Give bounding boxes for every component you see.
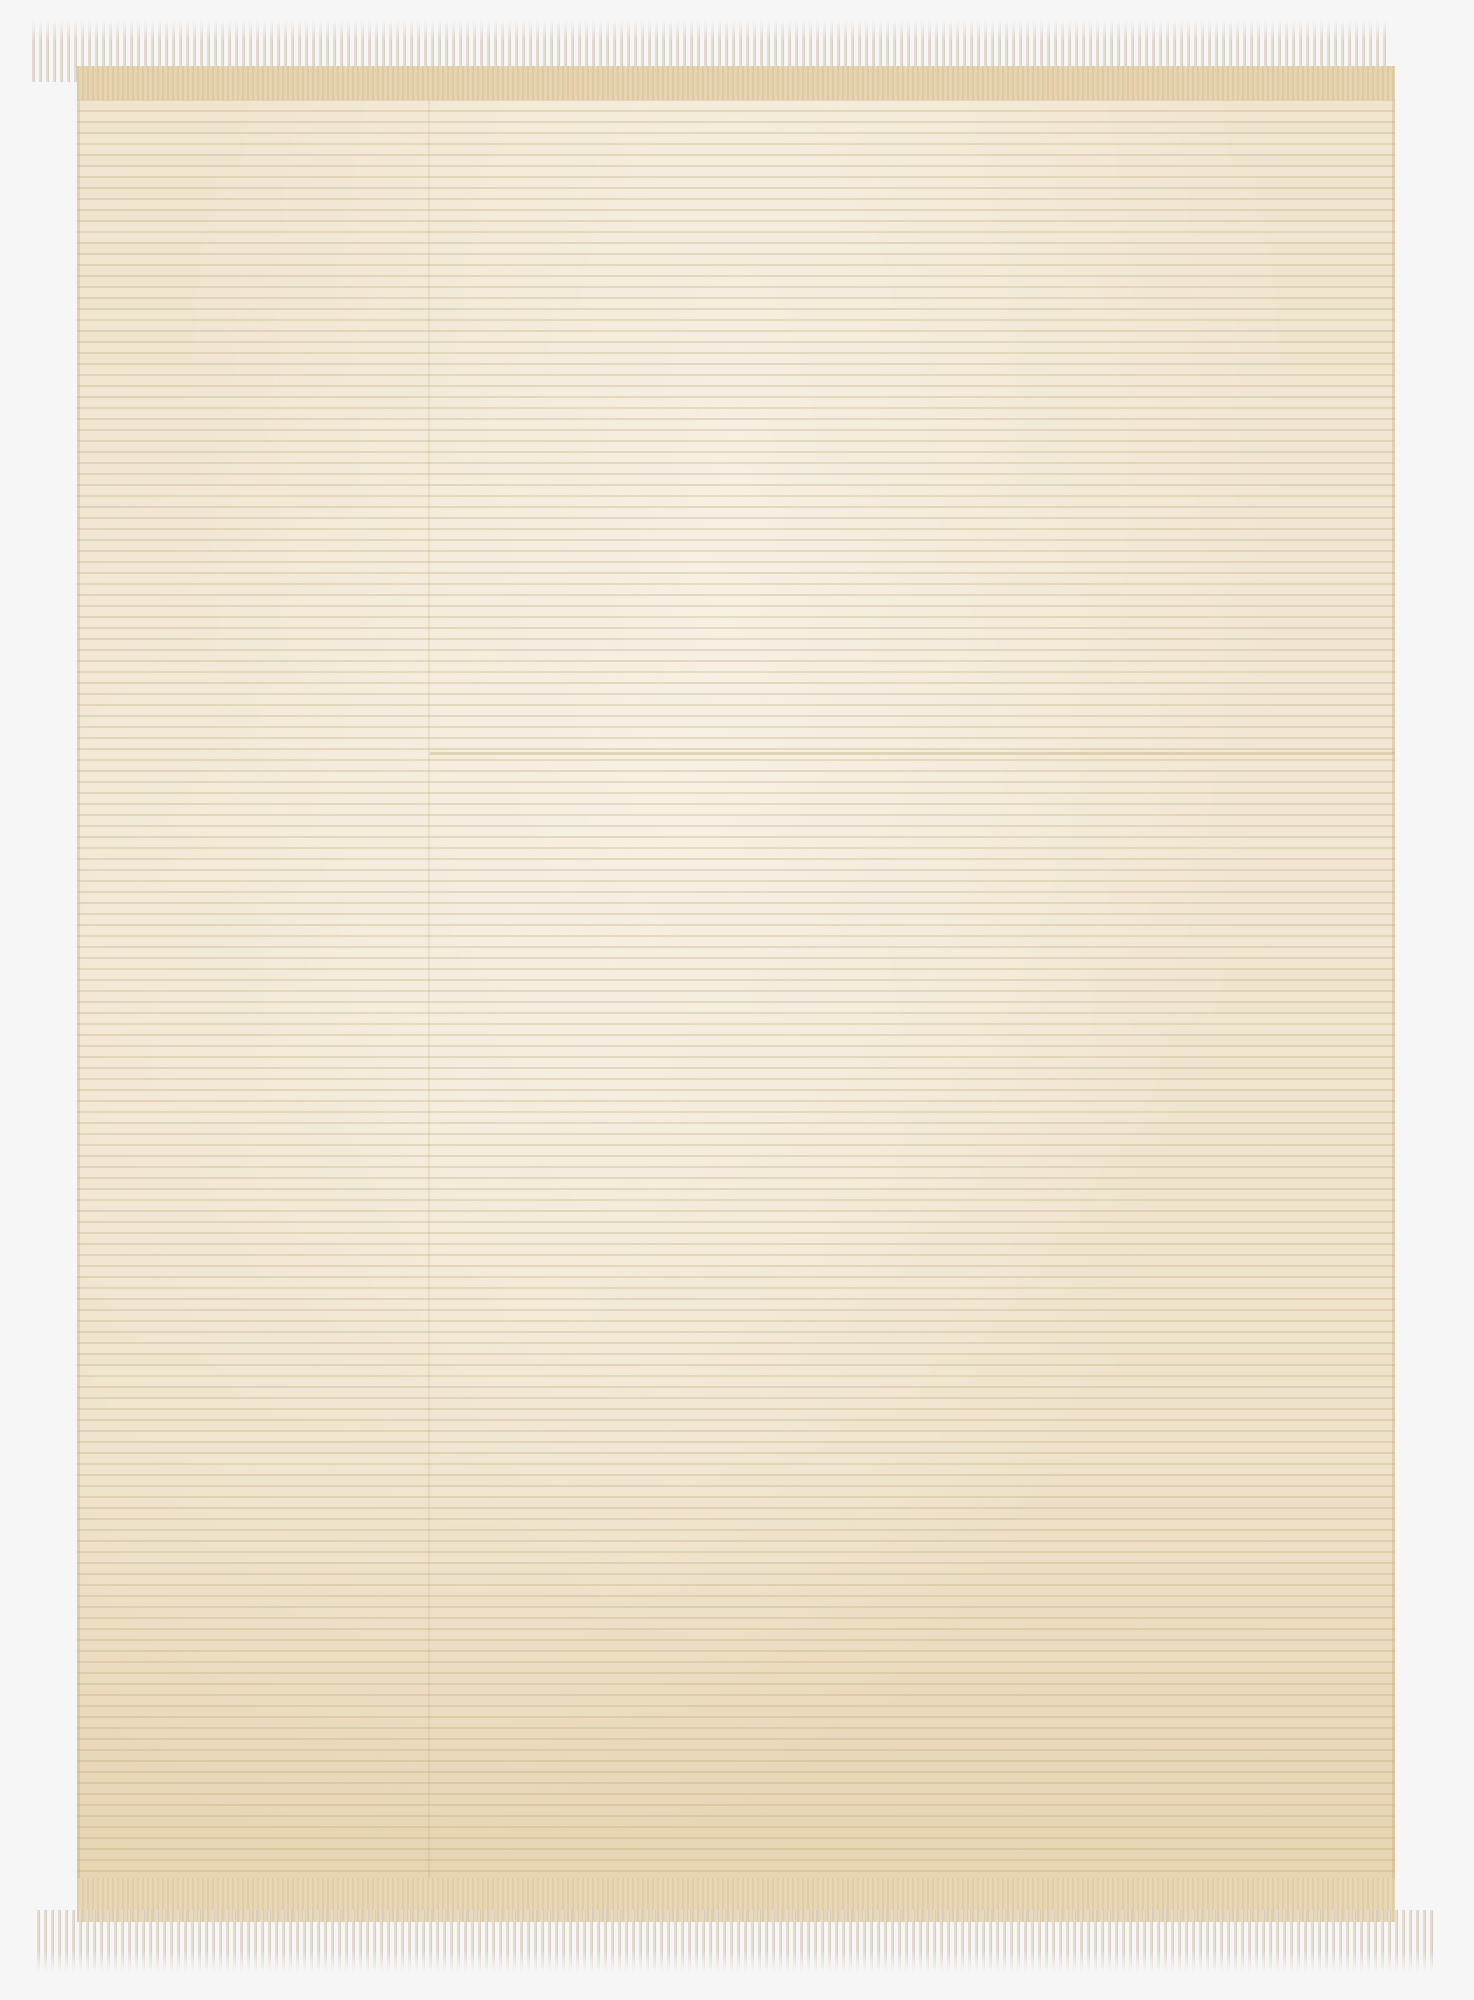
rug-body (77, 66, 1395, 1922)
bottom-fringe (35, 1910, 1435, 1972)
vertical-seam (428, 100, 430, 1878)
product-photo (0, 0, 1474, 2000)
top-woven-band (77, 66, 1395, 100)
horizontal-seam (430, 752, 1395, 755)
